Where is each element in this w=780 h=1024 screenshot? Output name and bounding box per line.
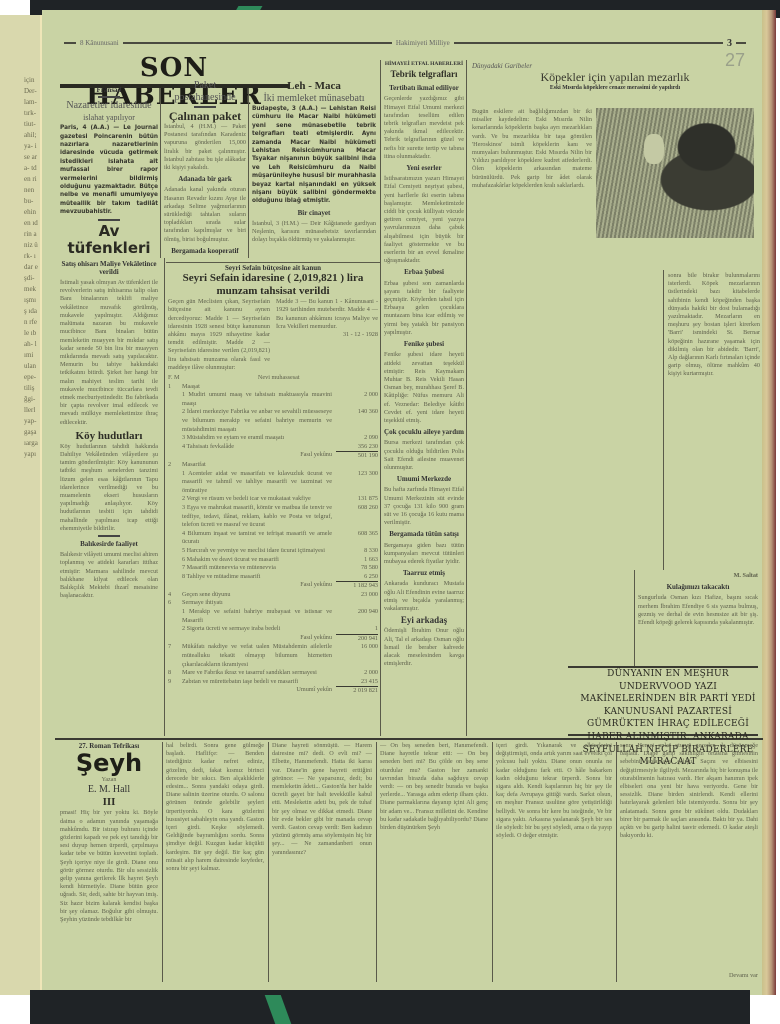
taarruz-subhead: Taarruz etmiş bbox=[384, 569, 464, 577]
row-amount: 123 300 bbox=[336, 470, 378, 496]
koy-hudutlari-body: Köy hudutlarının tahdidi hakkında Dahili… bbox=[60, 443, 158, 533]
himaye-headline: Tebrik telgrafları bbox=[384, 68, 464, 81]
adana-body: Adanada kanal yakında oturan Hasanın Rev… bbox=[164, 186, 246, 243]
kopekler-kicker: Dünyadaki Garibeler bbox=[472, 62, 758, 70]
table-row: Fasıl yekûnu1 182 943 bbox=[168, 581, 378, 591]
row-description: 1 Acenteler aidat ve masarifatı ve kılav… bbox=[182, 470, 336, 496]
table-row: 7Mükâfatı nakdiye ve vefat ualen Müstahd… bbox=[168, 643, 378, 669]
row-section bbox=[168, 451, 182, 461]
row-description: Mare ve Fabrika ikraz ve tasarruf sandık… bbox=[182, 669, 336, 678]
row-section bbox=[168, 470, 182, 496]
kopekler-body-right: sonra bile birakır bulunmalarını isterle… bbox=[668, 272, 760, 572]
kopekler-signature: M. Saltat bbox=[638, 572, 758, 580]
table-row: 3 Eşya ve mahrukat masarifi, kömür ve ma… bbox=[168, 504, 378, 530]
folio-page-number: 3 bbox=[727, 38, 732, 49]
table-row: 7 Masarifi mütenevvia ve mütenevvia78 58… bbox=[168, 564, 378, 573]
fenike-subhead: Fenike şubesi bbox=[384, 340, 464, 348]
table-row: 8 Tahliye ve mütadime masarifi6 250 bbox=[168, 573, 378, 582]
book-binding-bottom bbox=[30, 990, 750, 1024]
table-row: Fasıl yekûnu501 190 bbox=[168, 451, 378, 461]
serial-column-6: sonra Hemet onlar oturup geceden da düşü… bbox=[620, 742, 758, 974]
seyri-sefain-headline: Seyri Sefain idaresine ( 2,019,821 ) lir… bbox=[168, 272, 378, 298]
adana-subhead: Adanada bir gark bbox=[164, 175, 246, 183]
av-tufenkleri-subhead: Satış ohisarı Maliye Vekâletince verildi bbox=[60, 260, 158, 276]
paket-kicker: Paket postahanesinde bbox=[164, 80, 246, 104]
seyri-sefain-article: Seyri Sefain bütçesine ait kanun Seyri S… bbox=[168, 264, 378, 736]
row-amount: 23 000 bbox=[336, 591, 378, 600]
table-row: 2Masarifat bbox=[168, 461, 378, 470]
row-amount: 16 000 bbox=[336, 643, 378, 669]
budget-table-header: F. M Nevi muhassesat bbox=[168, 374, 378, 383]
row-description: Fasıl yekûnu bbox=[182, 581, 336, 591]
table-row: 4 Tahsisatı fevkalâde356 230 bbox=[168, 443, 378, 452]
row-amount: 608 365 bbox=[336, 530, 378, 547]
kopekler-subhead: Eski Mısırda köpeklere cenaze merasimi d… bbox=[472, 84, 758, 92]
bergama-tutun-body: Bergamaya giden bazı tütün kumpanyaları … bbox=[384, 542, 464, 567]
row-section: 9 bbox=[168, 678, 182, 687]
header-fm: F. M bbox=[168, 374, 180, 383]
table-row: 3 Müstahdim ve eytam ve eramil maaşatı2 … bbox=[168, 434, 378, 443]
row-amount: 140 360 bbox=[336, 408, 378, 434]
serial-text-1: pmasi! Hiç bir yer yoktu ki. Böyle daima… bbox=[60, 809, 158, 924]
row-section bbox=[168, 408, 182, 434]
fransa-headline: Nazaretler idaresinde bbox=[60, 100, 158, 112]
row-section bbox=[168, 564, 182, 573]
row-description: 3 Eşya ve mahrukat masarifi, kömür ve ma… bbox=[182, 504, 336, 530]
yeni-eserler-subhead: Yeni eserler bbox=[384, 164, 464, 172]
row-section: 2 bbox=[168, 461, 182, 470]
row-amount: 200 941 bbox=[336, 634, 378, 644]
kopekler-header: Dünyadaki Garibeler Köpekler için yapıla… bbox=[472, 62, 758, 102]
page-edges bbox=[762, 10, 776, 995]
column-rule bbox=[248, 88, 249, 258]
row-amount: 608 260 bbox=[336, 504, 378, 530]
yeni-eserler-body: İstihsaratımızın yazarı Himayei Etfal Ce… bbox=[384, 175, 464, 265]
column-rule bbox=[634, 570, 635, 666]
row-amount: 1 663 bbox=[336, 556, 378, 565]
fenike-body: Fenike şubesi idare heyeti atideki zevat… bbox=[384, 351, 464, 425]
row-section bbox=[168, 434, 182, 443]
column-rule bbox=[492, 742, 493, 982]
row-description: Zabıtan ve mürettebatın iaşe bedeli ve m… bbox=[182, 678, 336, 687]
row-section bbox=[168, 504, 182, 530]
row-amount: 1 bbox=[336, 625, 378, 634]
erbaa-subhead: Erbaa Şubesi bbox=[384, 268, 464, 276]
row-amount: 6 250 bbox=[336, 573, 378, 582]
folio-paper-name: Hakimiyeti Milliye bbox=[396, 39, 450, 47]
ornament bbox=[98, 96, 120, 98]
column-paket: Paket postahanesinde Çalınan paket İstan… bbox=[164, 80, 246, 258]
previous-page-text: için Der- lam- tırk- tiut- ahil; ya- ise… bbox=[24, 75, 38, 460]
serial-column-5: içeri girdi. Yıkanarak ve elbiselerini d… bbox=[496, 742, 612, 982]
row-description: Fasıl yekûnu bbox=[182, 634, 336, 644]
column-rule bbox=[663, 270, 664, 570]
table-row: 1 Mudiri umumi maaş ve tahsisatı maktuas… bbox=[168, 391, 378, 408]
row-section bbox=[168, 634, 182, 644]
row-section bbox=[168, 530, 182, 547]
row-section bbox=[168, 391, 182, 408]
seyri-sefain-intro-right: Madde 3 — Bu kanun 1 - Kânunusani - 1929… bbox=[276, 298, 378, 331]
row-amount bbox=[336, 461, 378, 470]
row-description: 5 Harcırah ve yevmiye ve meclisi idare ü… bbox=[182, 547, 336, 556]
row-description: 4 Tahsisatı fevkalâde bbox=[182, 443, 336, 452]
divider bbox=[166, 262, 380, 263]
row-description: 2 Sigorta ücreti ve sermaye iraba bedeli bbox=[182, 625, 336, 634]
ornament bbox=[98, 219, 120, 221]
row-section bbox=[168, 547, 182, 556]
table-row: 1Maaşat bbox=[168, 383, 378, 392]
row-description: Maaşat bbox=[182, 383, 336, 392]
balikesir-body: Balıkesir vilâyeti umumi meclisi ahiren … bbox=[60, 551, 158, 600]
table-row: 9Zabıtan ve mürettebatın iaşe bedeli ve … bbox=[168, 678, 378, 687]
himaye-body: Geçenlerde yazdığımız gibi Himayei Etfal… bbox=[384, 95, 464, 161]
header-title: Nevi muhassesat bbox=[180, 374, 378, 383]
folio-date: 8 Kânunusani bbox=[80, 39, 119, 47]
table-row: 2 İdarei merkeziye Fabrika ve anbar ve s… bbox=[168, 408, 378, 434]
paket-headline: Çalınan paket bbox=[164, 110, 246, 123]
himaye-subhead: Tertibatı ikmal ediliyor bbox=[384, 84, 464, 92]
column-rule bbox=[268, 742, 269, 982]
row-description: Geçen sene düyunu bbox=[182, 591, 336, 600]
row-section bbox=[168, 556, 182, 565]
leh-maca-subhead: İki memleket münasebatı bbox=[252, 93, 376, 105]
column-rule bbox=[376, 742, 377, 982]
table-row: 1 Merakip ve sefaini bahriye mubayaat ve… bbox=[168, 608, 378, 625]
row-amount: 131 875 bbox=[336, 495, 378, 504]
fransa-kicker: Fransad bbox=[60, 86, 158, 94]
row-section: 7 bbox=[168, 643, 182, 669]
row-description: Umumî yekûn bbox=[182, 686, 336, 696]
serial-chapter: III bbox=[60, 796, 158, 809]
row-description: 2 Vergi ve rüsum ve bedeli icar ve mukat… bbox=[182, 495, 336, 504]
column-himaye: HİMAYEİ ETFAL HABERLERİ Tebrik telgrafla… bbox=[384, 60, 464, 736]
row-section bbox=[168, 608, 182, 625]
row-amount bbox=[336, 383, 378, 392]
fransa-body: Paris, 4 (A.A.) — Le Journal gazetesi Po… bbox=[60, 124, 158, 216]
serial-title: Şeyh bbox=[60, 750, 158, 776]
kulagimizi-subhead: Kulağımızı takacaktı bbox=[638, 583, 758, 591]
column-leh-maca: Leh - Maca İki memleket münasebatı Budap… bbox=[252, 80, 376, 258]
row-amount: 2 090 bbox=[336, 434, 378, 443]
row-amount: 2 000 bbox=[336, 669, 378, 678]
taarruz-body: Ankarada kunduracı Mustafa oğlu Ali Efen… bbox=[384, 580, 464, 613]
row-section bbox=[168, 686, 182, 696]
seyri-sefain-date: 31 - 12 - 1928 bbox=[276, 331, 378, 339]
table-row: 6Sermaye ihtiyatı bbox=[168, 599, 378, 608]
column-rule bbox=[160, 88, 161, 258]
row-section bbox=[168, 581, 182, 591]
av-tufenkleri-headline: Av tüfenkleri bbox=[60, 223, 158, 257]
ornament bbox=[98, 535, 120, 537]
koy-hudutlari-headline: Köy hudutları bbox=[60, 430, 158, 443]
table-row: 5 Harcırah ve yevmiye ve meclisi idare ü… bbox=[168, 547, 378, 556]
eyi-arkadas-body: Ödemişli İbrahim Onur oğlu Ali, Tal el a… bbox=[384, 627, 464, 668]
erbaa-body: Erbaa şubesi son zamanlarda şayanı takdi… bbox=[384, 280, 464, 337]
ornament bbox=[194, 106, 216, 108]
row-amount: 1 182 943 bbox=[336, 581, 378, 591]
folio-line: 8 Kânunusani Hakimiyeti Milliye 3 bbox=[60, 38, 750, 48]
row-description: 3 Müstahdim ve eytam ve eramil maaşatı bbox=[182, 434, 336, 443]
table-row: 8Mare ve Fabrika ikraz ve tasarruf sandı… bbox=[168, 669, 378, 678]
column-rule bbox=[164, 258, 165, 736]
eyi-arkadas-subhead: Eyi arkadaş bbox=[384, 616, 464, 624]
row-description: Sermaye ihtiyatı bbox=[182, 599, 336, 608]
row-section bbox=[168, 625, 182, 634]
cinayet-subhead: Bir cinayet bbox=[252, 209, 376, 217]
previous-page-edge: için Der- lam- tırk- tiut- ahil; ya- ise… bbox=[0, 15, 43, 995]
table-row: 6 Mahakim ve deavi ücurat ve masarifi1 6… bbox=[168, 556, 378, 565]
row-amount: 78 580 bbox=[336, 564, 378, 573]
table-row: 4 Bilumum inşaat ve tamirat ve tefrişat … bbox=[168, 530, 378, 547]
row-amount: 2 000 bbox=[336, 391, 378, 408]
row-section bbox=[168, 573, 182, 582]
himaye-kicker: HİMAYEİ ETFAL HABERLERİ bbox=[384, 60, 464, 68]
umumi-merkez-subhead: Umumi Merkezde bbox=[384, 475, 464, 483]
table-row: 2 Sigorta ücreti ve sermaye iraba bedeli… bbox=[168, 625, 378, 634]
serial-column-2: hal belirdi. Sonra gene gülmeğe başladı.… bbox=[166, 742, 264, 982]
row-section bbox=[168, 495, 182, 504]
bergama-kooperatif-subhead: Bergamada kooperatif bbox=[164, 247, 246, 255]
kopekler-body-left: Bugün eskilere ait bağlılığımızdan bir i… bbox=[472, 108, 592, 568]
balikesir-subhead: Balıkesirde faaliyet bbox=[60, 540, 158, 548]
serial-byline-label: Yazan bbox=[60, 776, 158, 784]
row-amount: 356 230 bbox=[336, 443, 378, 452]
row-amount: 501 190 bbox=[336, 451, 378, 461]
row-section bbox=[168, 443, 182, 452]
paket-body: İstanbul, 4 (H.M.) — Paket Postanesi tar… bbox=[164, 123, 246, 172]
row-amount: 23 415 bbox=[336, 678, 378, 687]
umumi-merkez-body: Bu hafta zarfında Himayei Etfal Umumi Me… bbox=[384, 486, 464, 527]
column-rule bbox=[162, 742, 163, 982]
row-section: 8 bbox=[168, 669, 182, 678]
budget-table: 1Maaşat1 Mudiri umumi maaş ve tahsisatı … bbox=[168, 383, 378, 696]
cok-cocuklu-body: Bursa merkezi tarafından çok çocuklu old… bbox=[384, 439, 464, 472]
woman-engraving-image bbox=[596, 108, 754, 238]
column-rule bbox=[466, 60, 467, 736]
cok-cocuklu-subhead: Çok çocuklu aileye yardım bbox=[384, 428, 464, 436]
leh-maca-headline: Leh - Maca bbox=[252, 80, 376, 93]
row-section: 6 bbox=[168, 599, 182, 608]
serial-column-3: Diane hayreti sönmüştü. — Harem dairesin… bbox=[272, 742, 372, 982]
serial-column-4: — On beş seneden beri, Hanımefendi. Dian… bbox=[380, 742, 488, 982]
row-description: Masarifat bbox=[182, 461, 336, 470]
cinayet-body: İstanbul, 3 (H.M.) — Deir Kâğıtanede gar… bbox=[252, 220, 376, 245]
av-tufenkleri-body: İstimali yasak olmıyan Av tüfenkleri ile… bbox=[60, 279, 158, 427]
seyri-sefain-intro-left: Geçen gün Meclisten çıkan, Seyrisefain b… bbox=[168, 298, 270, 372]
row-description: 7 Masarifi mütenevvia ve mütenevvia bbox=[182, 564, 336, 573]
row-description: 2 İdarei merkeziye Fabrika ve anbar ve s… bbox=[182, 408, 336, 434]
serial-author: E. M. Hall bbox=[60, 784, 158, 796]
row-amount: 200 940 bbox=[336, 608, 378, 625]
table-row: Fasıl yekûnu200 941 bbox=[168, 634, 378, 644]
column-left-news: Fransad Nazaretler idaresinde islahat ya… bbox=[60, 86, 158, 736]
table-row: Umumî yekûn2 019 821 bbox=[168, 686, 378, 696]
kulagimizi-body: Sungurluda Osman kızı Hafize, başını sıc… bbox=[638, 594, 758, 627]
row-description: 6 Mahakim ve deavi ücurat ve masarifi bbox=[182, 556, 336, 565]
row-amount bbox=[336, 599, 378, 608]
fransa-subhead: islahat yapılıyor bbox=[60, 112, 158, 124]
row-section: 4 bbox=[168, 591, 182, 600]
row-section: 1 bbox=[168, 383, 182, 392]
row-description: 1 Mudiri umumi maaş ve tahsisatı maktuas… bbox=[182, 391, 336, 408]
kulagimizi-article: M. Saltat Kulağımızı takacaktı Sungurlud… bbox=[638, 572, 758, 664]
row-description: 4 Bilumum inşaat ve tamirat ve tefrişat … bbox=[182, 530, 336, 547]
bergama-tutun-subhead: Bergamada tütün satışı bbox=[384, 530, 464, 538]
table-row: 2 Vergi ve rüsum ve bedeli icar ve mukat… bbox=[168, 495, 378, 504]
serial-column-1: 27. Roman Tefrikası Şeyh Yazan E. M. Hal… bbox=[60, 742, 158, 982]
row-amount: 8 330 bbox=[336, 547, 378, 556]
row-description: Fasıl yekûnu bbox=[182, 451, 336, 461]
column-rule bbox=[616, 742, 617, 982]
row-description: 8 Tahliye ve mütadime masarifi bbox=[182, 573, 336, 582]
seyri-sefain-kicker: Seyri Sefain bütçesine ait kanun bbox=[168, 264, 378, 272]
column-rule bbox=[380, 60, 381, 736]
row-description: 1 Merakip ve sefaini bahriye mubayaat ve… bbox=[182, 608, 336, 625]
kopekler-headline: Köpekler için yapılan mezarlık bbox=[472, 70, 758, 84]
row-description: Mükâfatı nakdiye ve vefat ualen Müstahde… bbox=[182, 643, 336, 669]
table-row: 4Geçen sene düyunu23 000 bbox=[168, 591, 378, 600]
leh-maca-body: Budapeşte, 3 (A.A.) — Lehistan Reisi cüm… bbox=[252, 105, 376, 206]
serial-continued: Devamı var bbox=[700, 972, 758, 982]
table-row: 1 Acenteler aidat ve masarifatı ve kılav… bbox=[168, 470, 378, 496]
row-amount: 2 019 821 bbox=[336, 686, 378, 696]
